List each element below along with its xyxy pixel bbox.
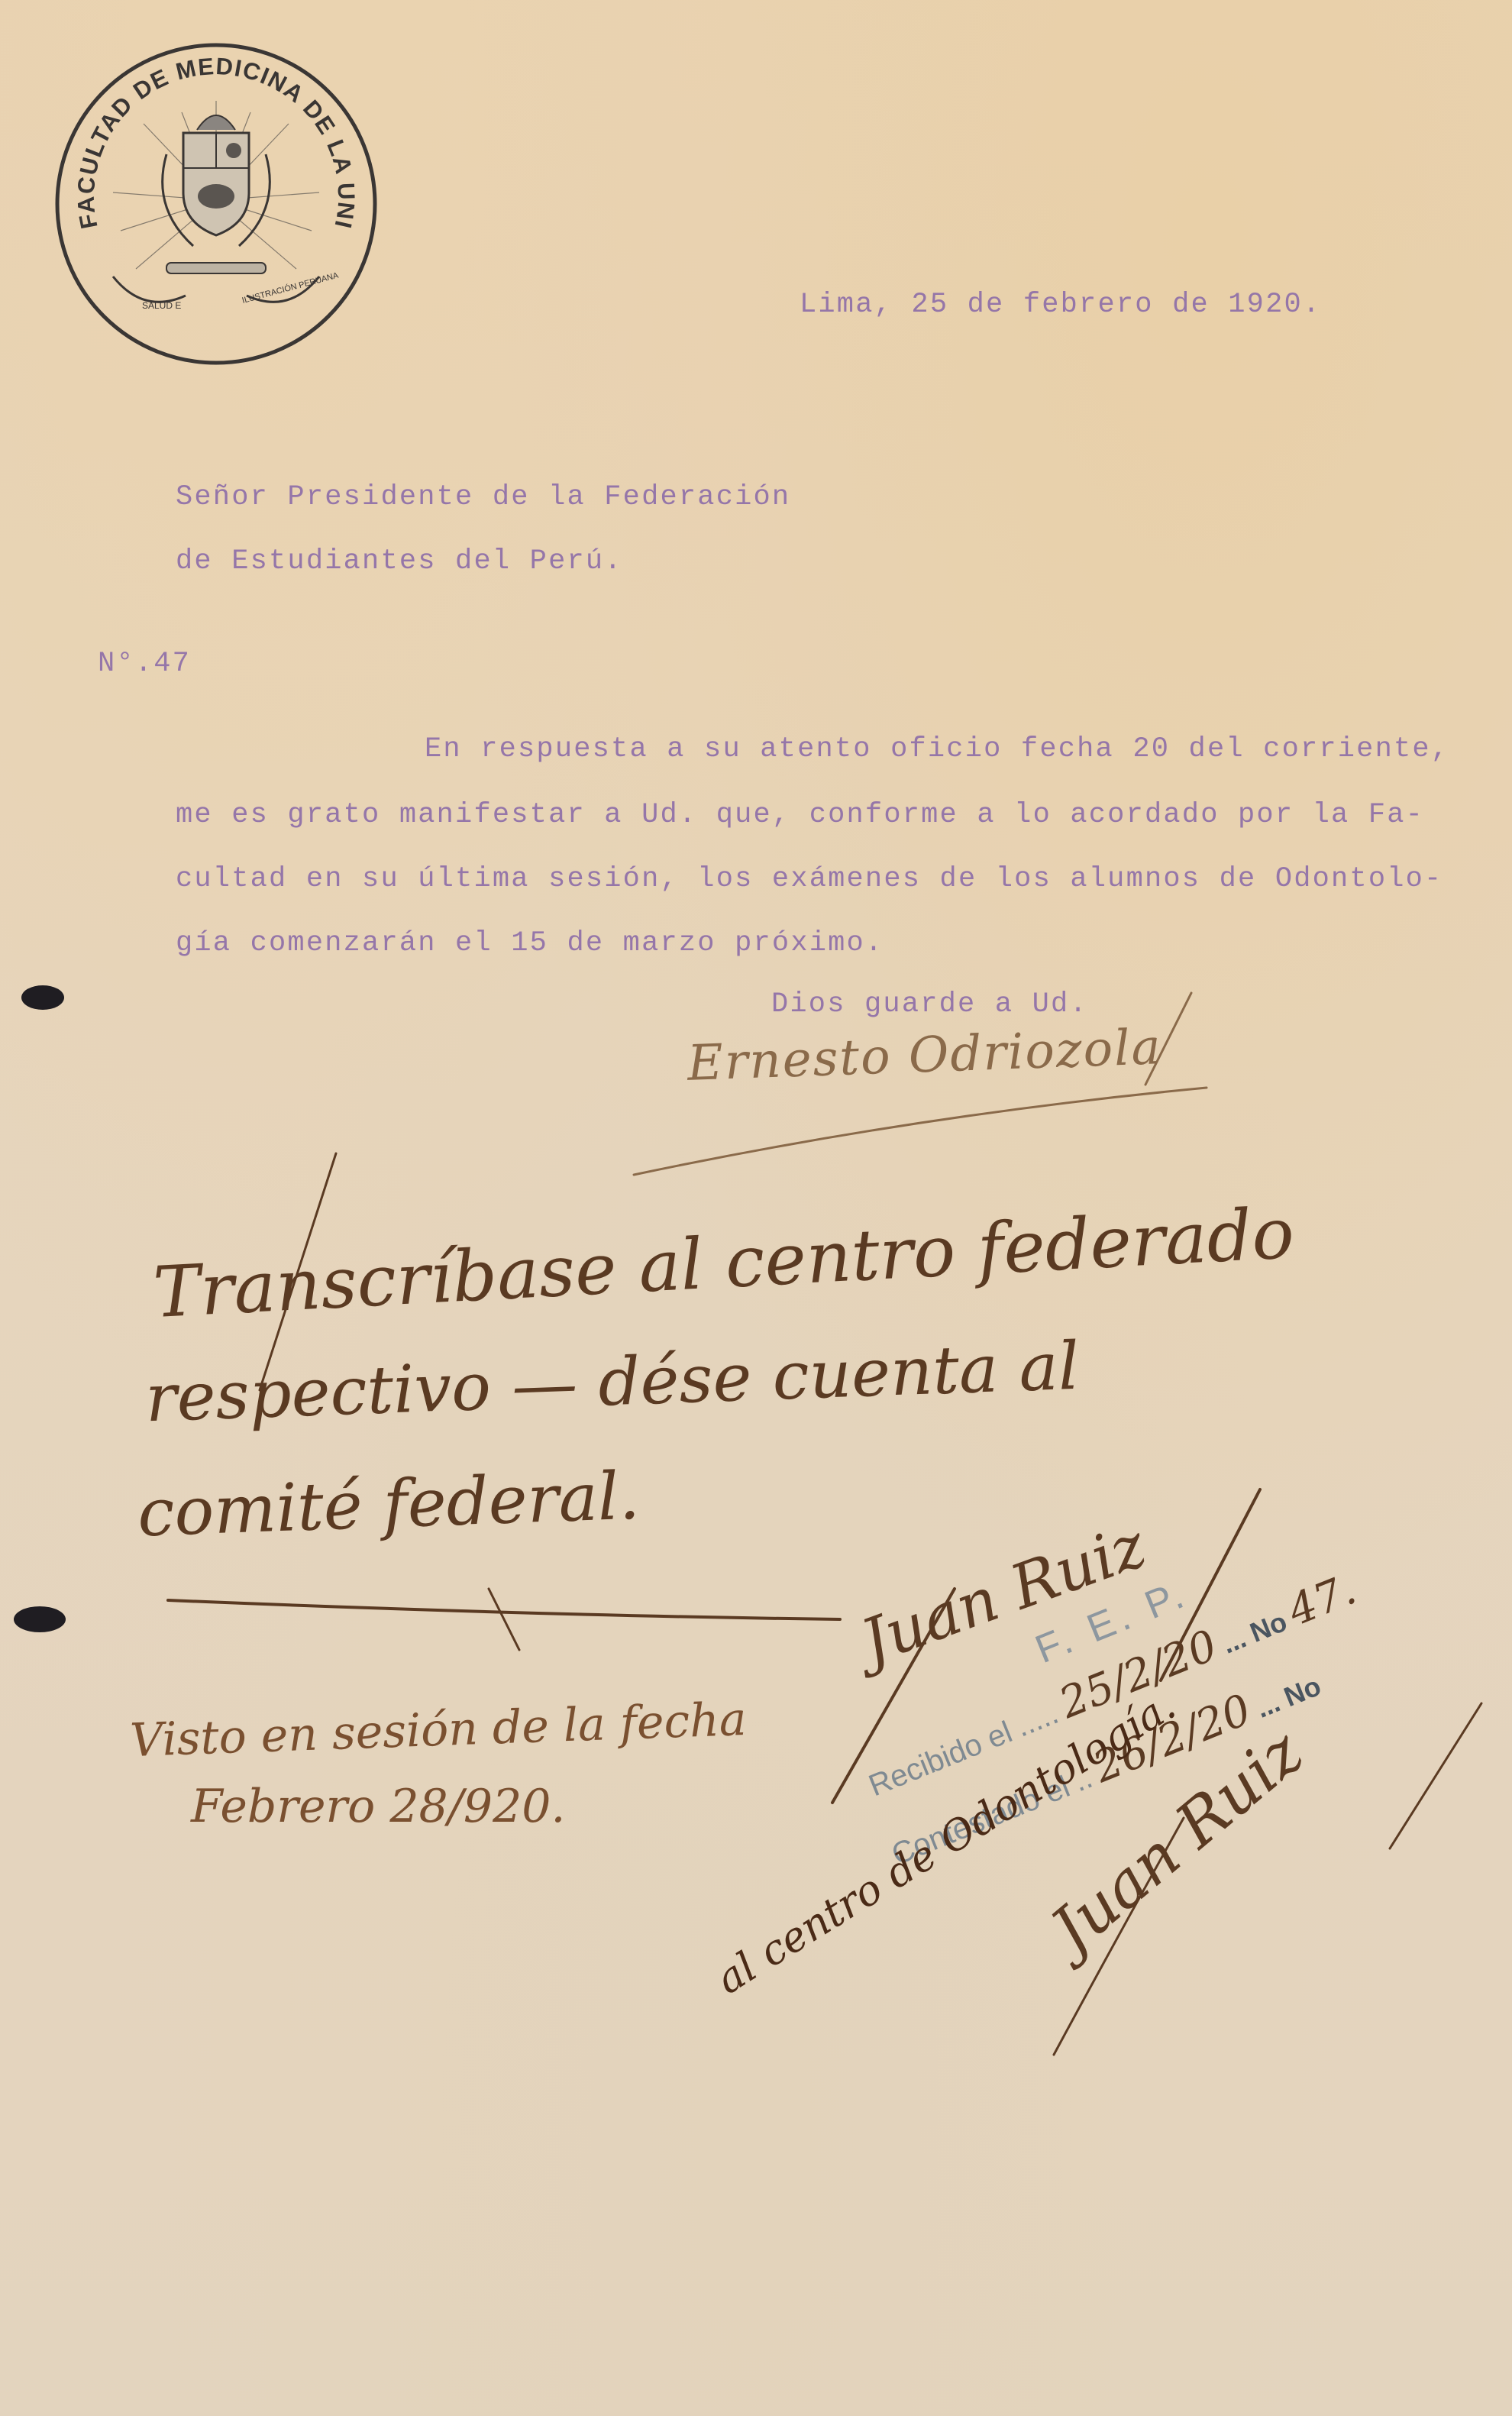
punch-hole-top xyxy=(21,985,64,1010)
stamp-received-no-label: No xyxy=(1245,1606,1291,1648)
punch-hole-bottom xyxy=(14,1606,66,1632)
document-page: FACULTAD DE MEDICINA DE LA UNIVERSIDAD D… xyxy=(0,0,1512,2416)
session-note-line-2: Febrero 28/920. xyxy=(191,1780,566,1833)
